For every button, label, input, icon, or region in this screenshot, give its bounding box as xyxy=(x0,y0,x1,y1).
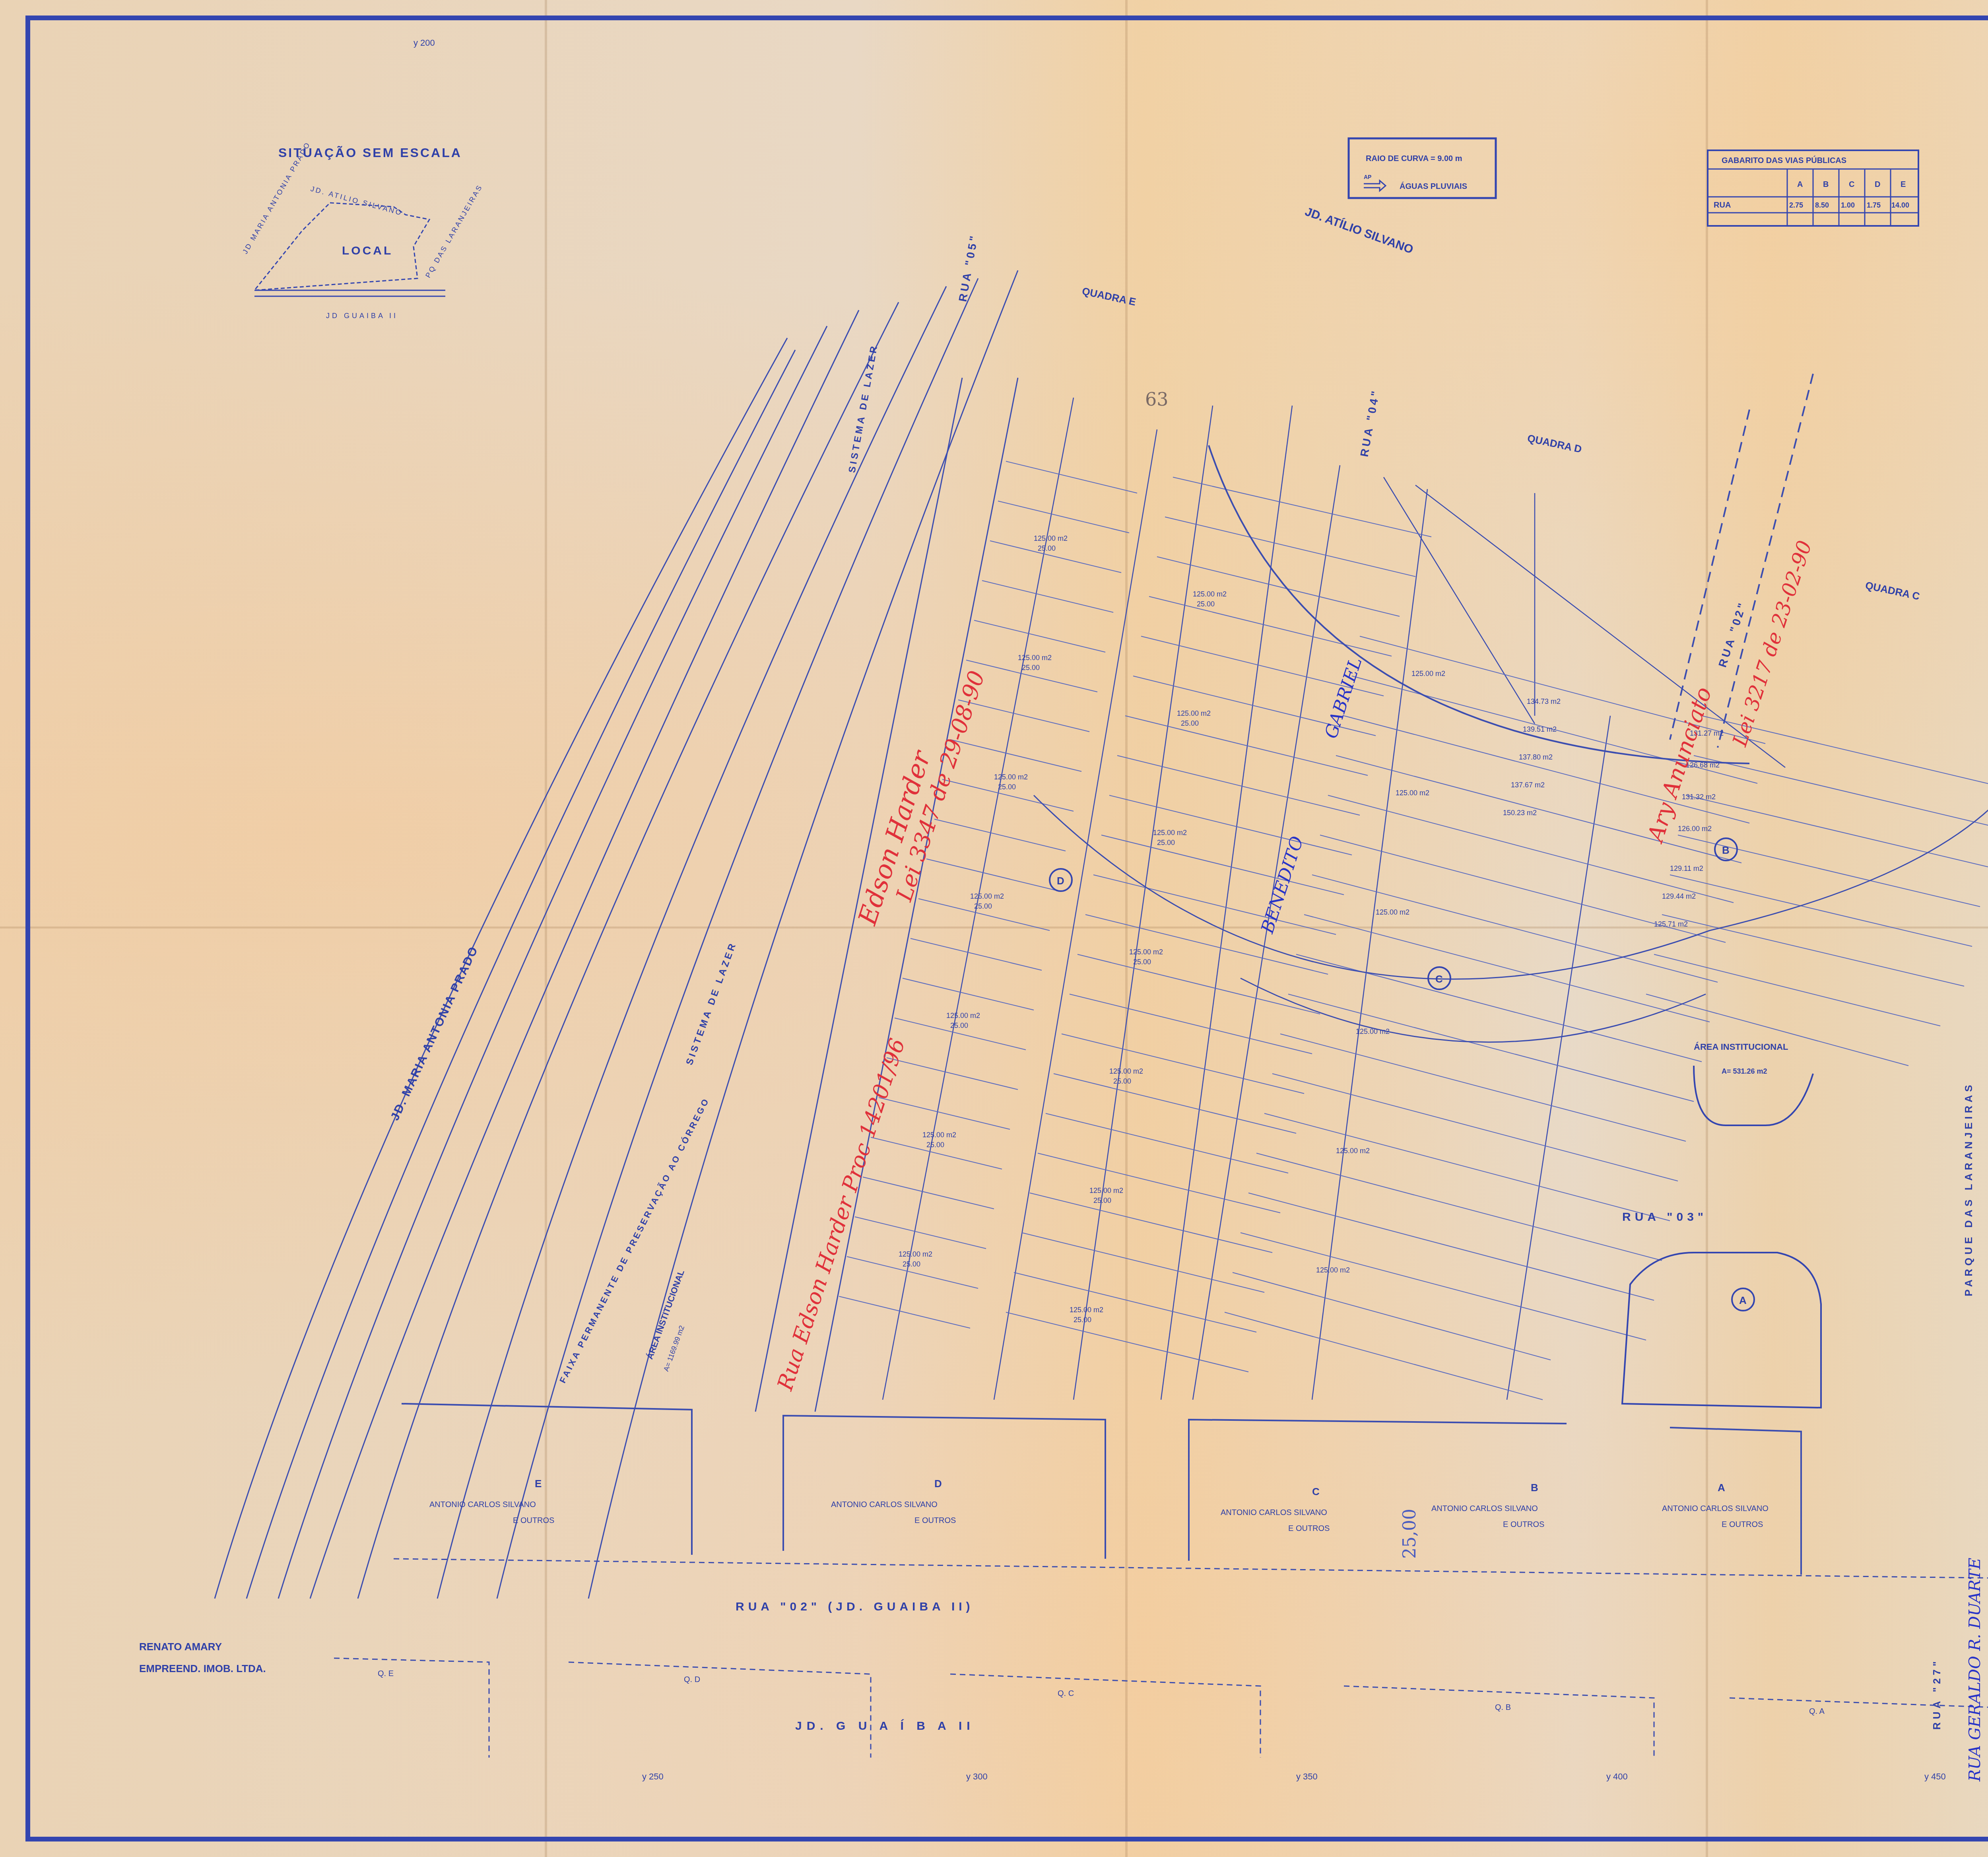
svg-text:A= 531.26 m2: A= 531.26 m2 xyxy=(1722,1067,1767,1075)
svg-text:25.00: 25.00 xyxy=(1157,839,1175,847)
svg-text:125.00 m2: 125.00 m2 xyxy=(1356,1028,1390,1035)
svg-text:A: A xyxy=(1718,1482,1725,1494)
svg-text:y 250: y 250 xyxy=(642,1772,664,1781)
svg-text:25.00: 25.00 xyxy=(903,1260,920,1268)
svg-text:Q. D: Q. D xyxy=(684,1675,700,1684)
svg-text:129.44 m2: 129.44 m2 xyxy=(1662,892,1696,900)
svg-text:y 450: y 450 xyxy=(1924,1772,1946,1781)
svg-text:RENATO AMARY: RENATO AMARY xyxy=(139,1641,222,1653)
svg-text:1.00: 1.00 xyxy=(1841,201,1855,209)
svg-text:Q. A: Q. A xyxy=(1809,1707,1825,1716)
svg-text:125.00 m2: 125.00 m2 xyxy=(1018,654,1052,662)
svg-text:2.75: 2.75 xyxy=(1789,201,1803,209)
svg-text:ANTONIO CARLOS SILVANO: ANTONIO CARLOS SILVANO xyxy=(429,1500,536,1509)
svg-text:BENEDITO: BENEDITO xyxy=(1257,834,1308,936)
svg-text:y 400: y 400 xyxy=(1606,1772,1628,1781)
svg-text:RUA "27": RUA "27" xyxy=(1931,1658,1943,1730)
svg-text:QUADRA E: QUADRA E xyxy=(1081,285,1137,308)
svg-text:B: B xyxy=(1823,180,1829,189)
svg-text:137.67 m2: 137.67 m2 xyxy=(1511,781,1545,789)
svg-text:RUA "02": RUA "02" xyxy=(1716,600,1749,669)
svg-text:125.00 m2: 125.00 m2 xyxy=(1034,534,1068,542)
svg-text:125.00 m2: 125.00 m2 xyxy=(1396,789,1429,797)
svg-text:ANTONIO CARLOS SILVANO: ANTONIO CARLOS SILVANO xyxy=(1662,1504,1769,1513)
svg-text:125.00 m2: 125.00 m2 xyxy=(922,1131,956,1139)
svg-text:25.00: 25.00 xyxy=(998,783,1016,791)
svg-text:ÁREA INSTITUCIONAL: ÁREA INSTITUCIONAL xyxy=(645,1268,686,1361)
svg-text:8.50: 8.50 xyxy=(1815,201,1829,209)
svg-text:25.00: 25.00 xyxy=(974,902,992,910)
svg-text:ÁREA INSTITUCIONAL: ÁREA INSTITUCIONAL xyxy=(1694,1042,1788,1052)
svg-text:JD. G U A Í B A II: JD. G U A Í B A II xyxy=(795,1719,975,1733)
svg-text:RUA "05": RUA "05" xyxy=(956,233,980,303)
svg-text:E OUTROS: E OUTROS xyxy=(513,1516,554,1525)
svg-text:A: A xyxy=(1739,1294,1747,1306)
svg-text:C: C xyxy=(1312,1486,1320,1498)
svg-text:JD GUAIBA II: JD GUAIBA II xyxy=(326,312,398,320)
svg-text:y 350: y 350 xyxy=(1296,1772,1318,1781)
svg-text:RUA "02" (JD. GUAIBA II): RUA "02" (JD. GUAIBA II) xyxy=(736,1600,974,1613)
svg-text:Lei 3217 de 23-02-90: Lei 3217 de 23-02-90 xyxy=(1728,538,1816,749)
svg-text:ANTONIO CARLOS SILVANO: ANTONIO CARLOS SILVANO xyxy=(831,1500,938,1509)
svg-text:E: E xyxy=(535,1478,542,1490)
svg-text:150.23 m2: 150.23 m2 xyxy=(1503,809,1537,817)
svg-text:25.00: 25.00 xyxy=(1074,1316,1091,1324)
svg-text:QUADRA C: QUADRA C xyxy=(1864,579,1921,602)
svg-text:25.00: 25.00 xyxy=(1038,544,1056,552)
svg-text:125.00 m2: 125.00 m2 xyxy=(946,1012,980,1020)
svg-text:QUADRA D: QUADRA D xyxy=(1526,432,1583,455)
svg-text:25.00: 25.00 xyxy=(1133,958,1151,966)
svg-text:E OUTROS: E OUTROS xyxy=(914,1516,956,1525)
svg-text:A: A xyxy=(1797,180,1803,189)
svg-text:63: 63 xyxy=(1145,388,1169,410)
svg-text:125.00 m2: 125.00 m2 xyxy=(1070,1306,1103,1314)
svg-text:EMPREEND. IMOB. LTDA.: EMPREEND. IMOB. LTDA. xyxy=(139,1663,266,1674)
svg-text:125.00 m2: 125.00 m2 xyxy=(1109,1067,1143,1075)
svg-text:y 300: y 300 xyxy=(966,1772,988,1781)
svg-text:LOCAL: LOCAL xyxy=(342,244,393,257)
svg-text:125.00 m2: 125.00 m2 xyxy=(1153,829,1187,837)
svg-text:Rua Edson Harder Proc 14201/96: Rua Edson Harder Proc 14201/96 xyxy=(772,1035,910,1394)
svg-text:GABARITO DAS VIAS PÚBLICAS: GABARITO DAS VIAS PÚBLICAS xyxy=(1722,155,1846,165)
svg-text:AP: AP xyxy=(1364,174,1371,180)
site-plan-drawing: y 200 y 250 y 300 y 350 y 400 y 450 y 50… xyxy=(0,0,1988,1857)
svg-text:Q. C: Q. C xyxy=(1058,1689,1074,1698)
svg-text:RUA GERALDO R. DUARTE: RUA GERALDO R. DUARTE xyxy=(1966,1558,1984,1782)
svg-text:125.00 m2: 125.00 m2 xyxy=(1411,670,1445,678)
svg-text:SISTEMA DE LAZER: SISTEMA DE LAZER xyxy=(846,343,880,474)
svg-text:B: B xyxy=(1722,844,1730,856)
svg-text:25,00: 25,00 xyxy=(1400,1509,1420,1559)
svg-text:PARQUE DAS LARANJEIRAS: PARQUE DAS LARANJEIRAS xyxy=(1963,1082,1974,1296)
svg-text:25.00: 25.00 xyxy=(1022,664,1040,672)
svg-text:125.00 m2: 125.00 m2 xyxy=(1177,709,1211,717)
svg-text:y 200: y 200 xyxy=(414,38,435,48)
svg-text:125.00 m2: 125.00 m2 xyxy=(899,1250,932,1258)
svg-text:25.00: 25.00 xyxy=(926,1141,944,1149)
svg-text:C: C xyxy=(1849,180,1854,189)
svg-text:125.71 m2: 125.71 m2 xyxy=(1654,920,1688,928)
svg-text:125.00 m2: 125.00 m2 xyxy=(1129,948,1163,956)
svg-text:1.75: 1.75 xyxy=(1867,201,1881,209)
svg-text:25.00: 25.00 xyxy=(1197,600,1215,608)
svg-text:129.11 m2: 129.11 m2 xyxy=(1670,864,1703,872)
svg-text:Q. E: Q. E xyxy=(378,1669,394,1678)
svg-text:JD. ATILIO SILVANO: JD. ATILIO SILVANO xyxy=(310,185,404,217)
situation-map: SITUAÇÃO SEM ESCALA LOCAL JD. ATILIO SIL… xyxy=(241,140,484,320)
svg-text:RUA: RUA xyxy=(1714,201,1731,210)
gabarito-table: GABARITO DAS VIAS PÚBLICAS A B C D E RUA… xyxy=(1708,150,1918,226)
svg-text:B: B xyxy=(1531,1482,1538,1494)
svg-text:Q. B: Q. B xyxy=(1495,1703,1511,1712)
quadra-d-lots xyxy=(883,398,1292,1400)
svg-text:D: D xyxy=(1057,875,1064,887)
svg-text:A= 1169.99 m2: A= 1169.99 m2 xyxy=(662,1325,686,1373)
svg-text:25.00: 25.00 xyxy=(1181,719,1199,727)
svg-text:125.00 m2: 125.00 m2 xyxy=(994,773,1028,781)
svg-text:RUA "03": RUA "03" xyxy=(1622,1210,1707,1224)
svg-text:D: D xyxy=(934,1478,942,1490)
svg-text:25.00: 25.00 xyxy=(950,1022,968,1030)
svg-text:ÁGUAS PLUVIAIS: ÁGUAS PLUVIAIS xyxy=(1400,182,1467,191)
svg-text:E OUTROS: E OUTROS xyxy=(1722,1520,1763,1529)
svg-text:D: D xyxy=(1875,180,1880,189)
svg-text:JD MARIA ANTONIA PRADO: JD MARIA ANTONIA PRADO xyxy=(241,140,312,255)
svg-text:E OUTROS: E OUTROS xyxy=(1288,1524,1330,1533)
svg-text:125.00 m2: 125.00 m2 xyxy=(1316,1266,1350,1274)
svg-text:25.00: 25.00 xyxy=(1113,1077,1131,1085)
svg-text:25.00: 25.00 xyxy=(1093,1197,1111,1204)
svg-text:126.00 m2: 126.00 m2 xyxy=(1678,825,1712,833)
svg-text:125.00 m2: 125.00 m2 xyxy=(1193,590,1227,598)
svg-text:JD. ATÍLIO SILVANO: JD. ATÍLIO SILVANO xyxy=(1303,205,1415,256)
svg-text:ANTONIO CARLOS SILVANO: ANTONIO CARLOS SILVANO xyxy=(1221,1508,1327,1517)
svg-text:FAIXA PERMANENTE DE PRESERVAÇÃ: FAIXA PERMANENTE DE PRESERVAÇÃO AO CÓRRE… xyxy=(557,1096,711,1385)
svg-text:E: E xyxy=(1901,180,1906,189)
svg-text:SISTEMA DE LAZER: SISTEMA DE LAZER xyxy=(684,940,739,1066)
svg-text:RUA "04": RUA "04" xyxy=(1358,388,1382,458)
svg-text:131.32 m2: 131.32 m2 xyxy=(1682,793,1716,801)
svg-text:139.51 m2: 139.51 m2 xyxy=(1523,725,1557,733)
svg-text:125.00 m2: 125.00 m2 xyxy=(1376,908,1409,916)
quadra-c-lots xyxy=(1193,465,1785,1400)
svg-text:RAIO DE CURVA = 9.00 m: RAIO DE CURVA = 9.00 m xyxy=(1366,154,1462,163)
svg-text:14.00: 14.00 xyxy=(1891,201,1909,209)
svg-text:GABRIEL: GABRIEL xyxy=(1321,655,1366,741)
svg-text:PQ DAS LARANJEIRAS: PQ DAS LARANJEIRAS xyxy=(424,183,484,279)
svg-text:125.00 m2: 125.00 m2 xyxy=(1089,1187,1123,1195)
svg-text:137.80 m2: 137.80 m2 xyxy=(1519,753,1553,761)
svg-text:125.00 m2: 125.00 m2 xyxy=(1336,1147,1370,1155)
contour-lines xyxy=(215,270,1018,1599)
svg-text:C: C xyxy=(1435,973,1443,985)
legend-box: RAIO DE CURVA = 9.00 m AP ÁGUAS PLUVIAIS xyxy=(1349,138,1496,198)
svg-text:134.73 m2: 134.73 m2 xyxy=(1527,697,1561,705)
svg-text:125.00 m2: 125.00 m2 xyxy=(970,892,1004,900)
svg-text:E OUTROS: E OUTROS xyxy=(1503,1520,1544,1529)
svg-text:ANTONIO CARLOS SILVANO: ANTONIO CARLOS SILVANO xyxy=(1431,1504,1538,1513)
